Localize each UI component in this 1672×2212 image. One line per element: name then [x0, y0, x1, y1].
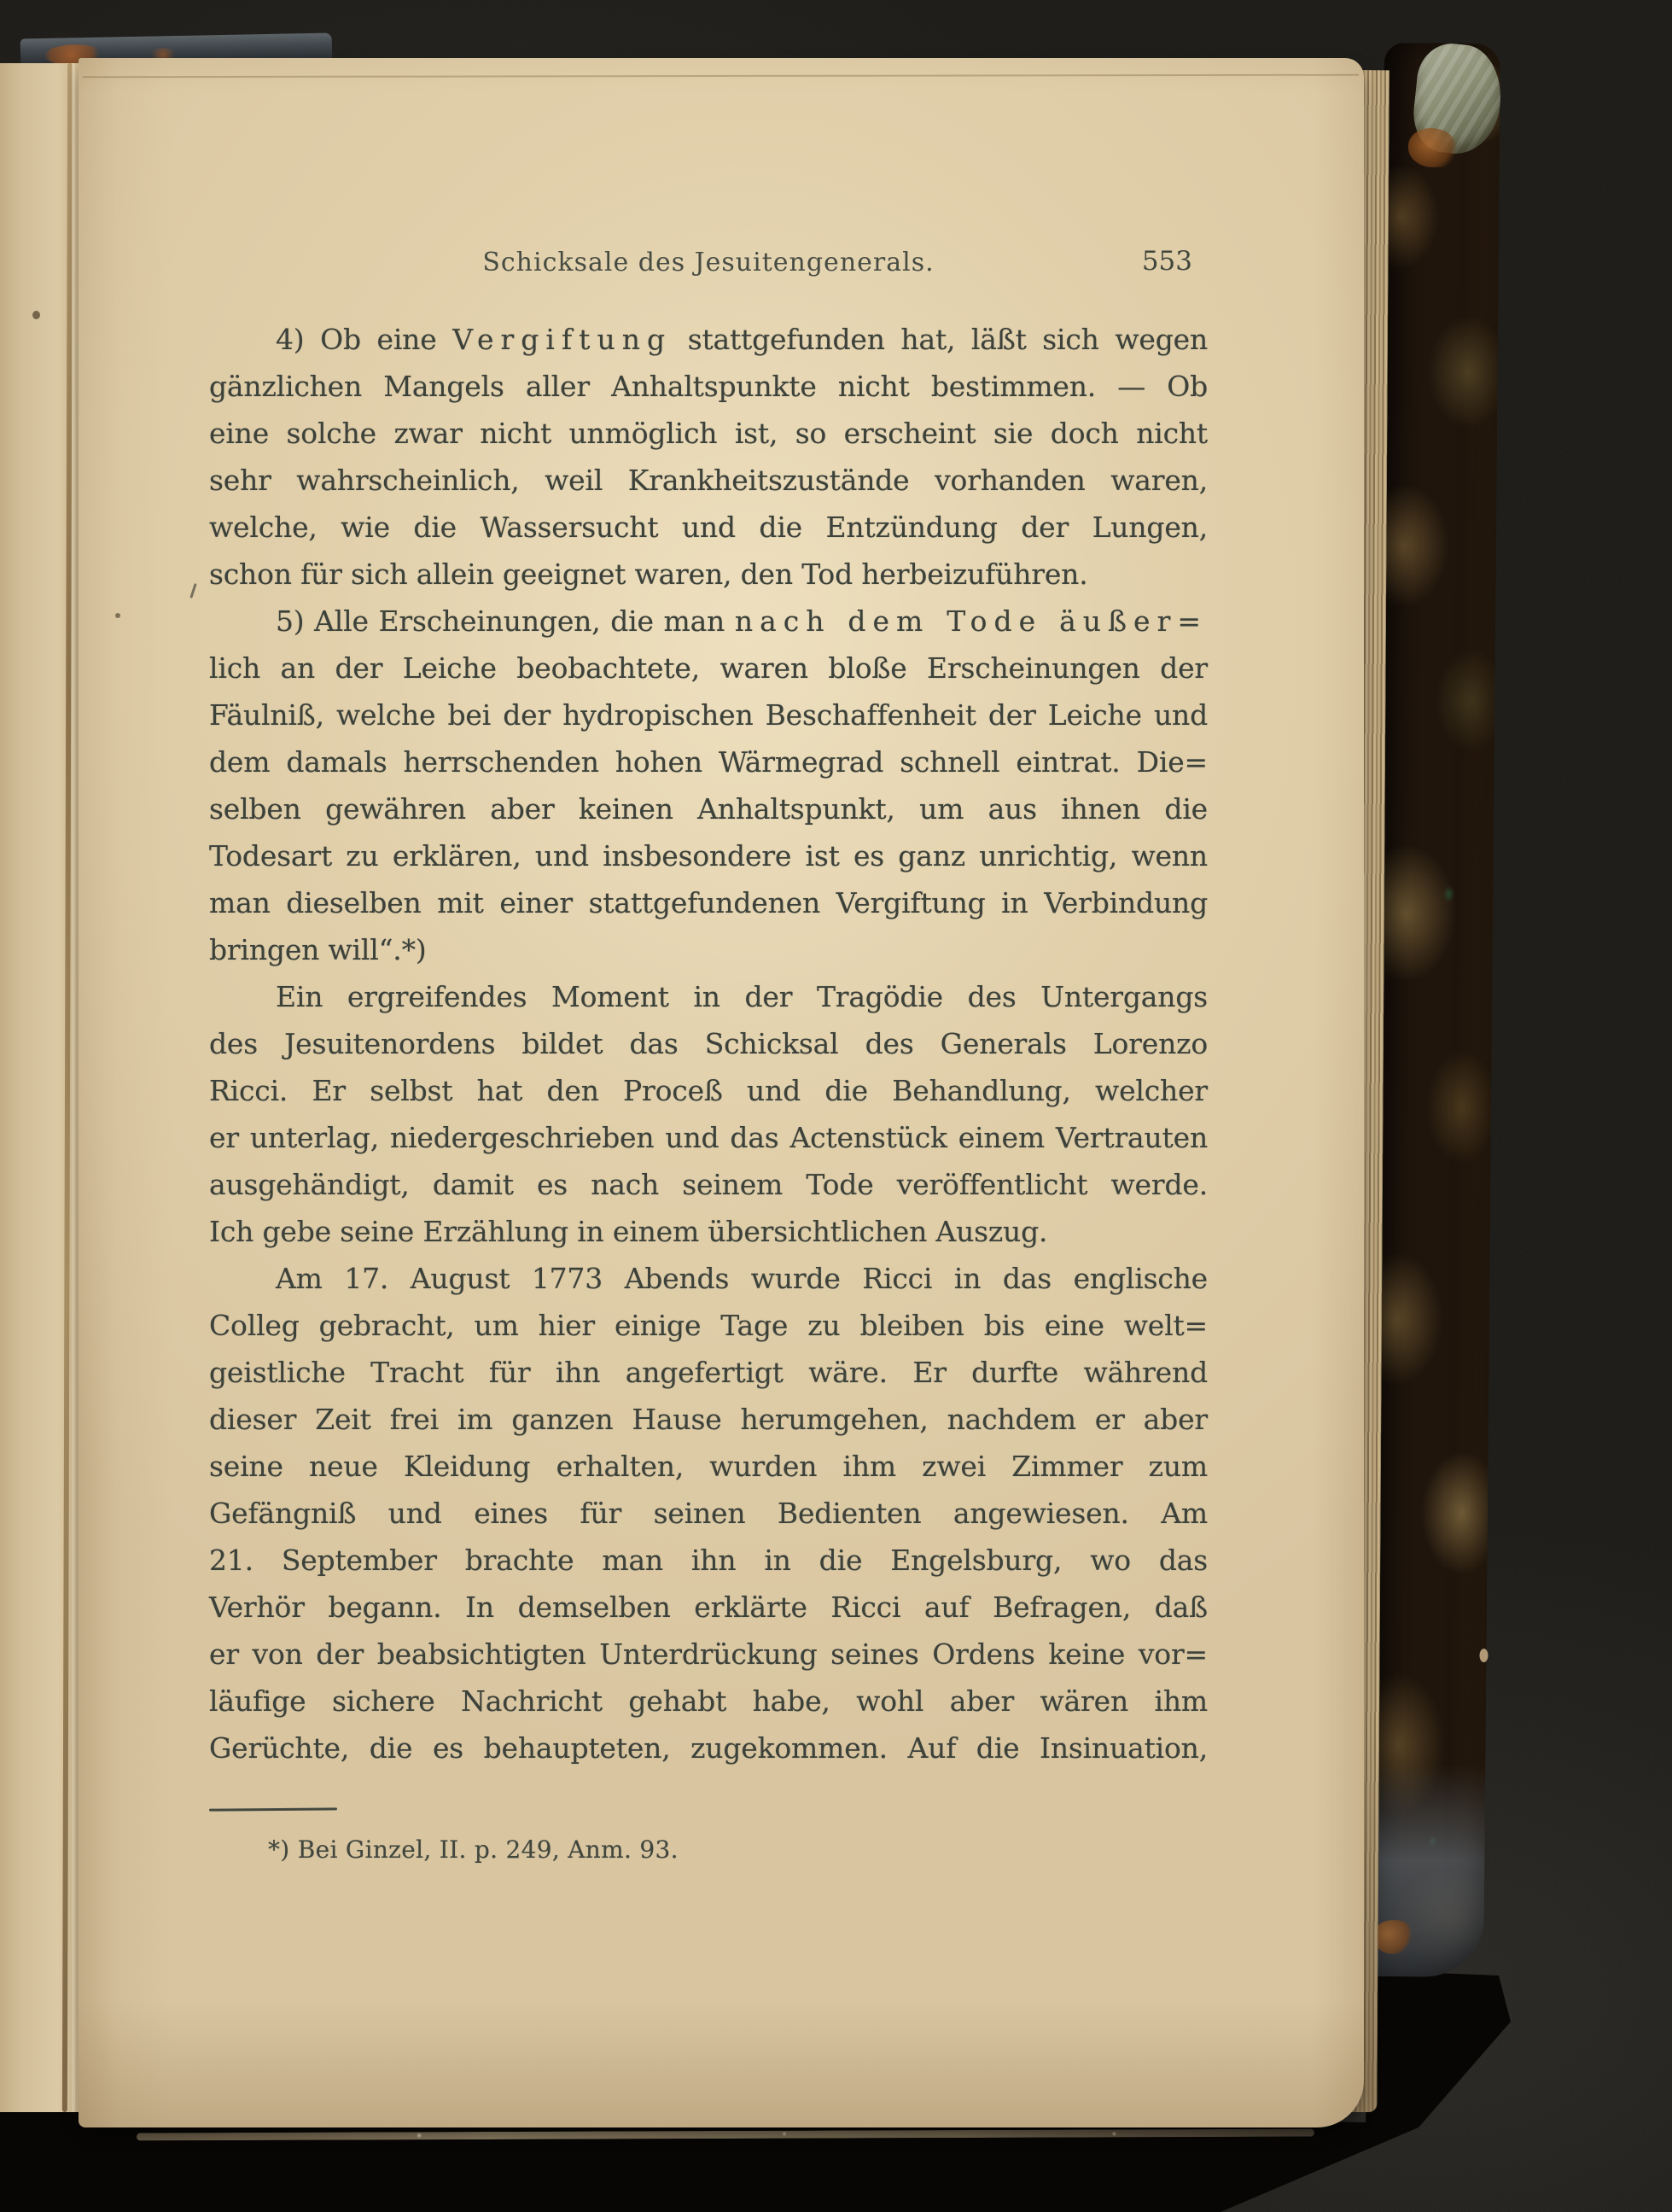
text-segment: Gefängniß und eines für seinen Bedienten…: [209, 1497, 1208, 1530]
text-segment: man dieselben mit einer stattgefundenen …: [209, 886, 1208, 919]
letterspaced-segment: Vergiftung: [452, 323, 672, 356]
text-line: welche, wie die Wassersucht und die Entz…: [209, 504, 1208, 551]
text-line: er von der beabsichtigten Unterdrückung …: [209, 1631, 1208, 1678]
text-line: schon für sich allein geeignet waren, de…: [209, 551, 1208, 598]
gutter-fold: [0, 63, 80, 2112]
text-line: geistliche Tracht für ihn angefertigt wä…: [209, 1349, 1208, 1396]
text-segment: 4) Ob eine: [276, 323, 452, 356]
book-page: Schicksale des Jesuitengenerals. 553 4) …: [79, 58, 1364, 2127]
text-segment: Ricci. Er selbst hat den Proceß und die …: [209, 1074, 1208, 1107]
text-line: eine solche zwar nicht unmöglich ist, so…: [209, 410, 1208, 457]
page-number: 553: [1142, 246, 1192, 277]
text-block: 4) Ob eine Vergiftung stattgefunden hat,…: [209, 316, 1208, 1771]
text-segment: läufige sichere Nachricht gehabt habe, w…: [209, 1684, 1208, 1718]
text-line: selben gewähren aber keinen Anhaltspunkt…: [209, 785, 1208, 832]
cover-damage-spot: [1372, 1920, 1412, 1954]
letterspaced-segment: nach dem Tode äußer=: [735, 604, 1208, 638]
text-line: 4) Ob eine Vergiftung stattgefunden hat,…: [209, 316, 1208, 363]
text-line: Fäulniß, welche bei der hydropischen Bes…: [209, 692, 1208, 738]
text-line: bringen will“.*): [209, 926, 1208, 973]
text-segment: eine solche zwar nicht unmöglich ist, so…: [209, 417, 1208, 450]
text-line: er unterlag, niedergeschrieben und das A…: [209, 1114, 1208, 1161]
text-line: sehr wahrscheinlich, weil Krankheitszust…: [209, 457, 1208, 504]
text-line: läufige sichere Nachricht gehabt habe, w…: [209, 1678, 1208, 1725]
paper-speck: [115, 613, 120, 618]
text-line: Ich gebe seine Erzählung in einem übersi…: [209, 1208, 1208, 1255]
footnote-text: *) Bei Ginzel, II. p. 249, Anm. 93.: [268, 1836, 679, 1864]
text-segment: des Jesuitenordens bildet das Schicksal …: [209, 1027, 1208, 1060]
text-segment: 5) Alle Erscheinungen, die man: [276, 604, 735, 638]
text-line: ausgehändigt, damit es nach seinem Tode …: [209, 1161, 1208, 1208]
text-segment: Ein ergreifendes Moment in der Tragödie …: [276, 980, 1208, 1013]
text-segment: Colleg gebracht, um hier einige Tage zu …: [209, 1309, 1208, 1342]
text-segment: sehr wahrscheinlich, weil Krankheitszust…: [209, 464, 1208, 497]
text-segment: er unterlag, niedergeschrieben und das A…: [209, 1121, 1208, 1154]
text-line: des Jesuitenordens bildet das Schicksal …: [209, 1020, 1208, 1067]
text-line: lich an der Leiche beobachtete, waren bl…: [209, 645, 1208, 692]
text-segment: dem damals herrschenden hohen Wärmegrad …: [209, 745, 1208, 779]
text-segment: gänzlichen Mangels aller Anhaltspunkte n…: [209, 370, 1208, 403]
headcap-rust-spot: [1408, 128, 1458, 167]
text-segment: stattgefunden hat, läßt sich wegen: [672, 323, 1208, 356]
scanned-book-photo: Schicksale des Jesuitengenerals. 553 4) …: [0, 0, 1672, 2212]
ink-smudge: [189, 583, 196, 598]
text-line: Gerüchte, die es behaupteten, zugekommen…: [209, 1725, 1208, 1771]
text-line: seine neue Kleidung erhalten, wurden ihm…: [209, 1443, 1208, 1490]
text-line: Am 17. August 1773 Abends wurde Ricci in…: [209, 1255, 1208, 1302]
text-segment: lich an der Leiche beobachtete, waren bl…: [209, 651, 1208, 685]
text-line: Gefängniß und eines für seinen Bedienten…: [209, 1490, 1208, 1537]
text-segment: selben gewähren aber keinen Anhaltspunkt…: [209, 792, 1208, 826]
text-line: Ein ergreifendes Moment in der Tragödie …: [209, 973, 1208, 1020]
text-segment: ausgehändigt, damit es nach seinem Tode …: [209, 1168, 1208, 1201]
text-line: 21. September brachte man ihn in die Eng…: [209, 1537, 1208, 1584]
gutter-highlight: [72, 63, 75, 2112]
paper-speck: [32, 311, 40, 319]
text-segment: 21. September brachte man ihn in die Eng…: [209, 1544, 1208, 1577]
text-segment: Todesart zu erklären, und insbesondere i…: [209, 839, 1208, 873]
text-line: Todesart zu erklären, und insbesondere i…: [209, 832, 1208, 879]
text-segment: schon für sich allein geeignet waren, de…: [209, 557, 1088, 591]
text-segment: Am 17. August 1773 Abends wurde Ricci in…: [276, 1262, 1208, 1295]
running-header-title: Schicksale des Jesuitengenerals.: [209, 248, 1208, 277]
text-line: Verhör begann. In demselben erklärte Ric…: [209, 1584, 1208, 1631]
text-segment: seine neue Kleidung erhalten, wurden ihm…: [209, 1450, 1208, 1483]
text-segment: Fäulniß, welche bei der hydropischen Bes…: [209, 698, 1208, 732]
text-segment: geistliche Tracht für ihn angefertigt wä…: [209, 1356, 1208, 1389]
text-line: Ricci. Er selbst hat den Proceß und die …: [209, 1067, 1208, 1114]
text-line: dem damals herrschenden hohen Wärmegrad …: [209, 738, 1208, 785]
text-segment: Gerüchte, die es behaupteten, zugekommen…: [209, 1731, 1208, 1765]
footnote-rule: [209, 1807, 337, 1811]
text-segment: welche, wie die Wassersucht und die Entz…: [209, 511, 1208, 544]
text-segment: Verhör begann. In demselben erklärte Ric…: [209, 1590, 1208, 1624]
text-line: man dieselben mit einer stattgefundenen …: [209, 879, 1208, 926]
cover-edge-chip: [1479, 1649, 1488, 1662]
text-segment: dieser Zeit frei im ganzen Hause herumge…: [209, 1403, 1208, 1436]
page-under-edge-line: [83, 74, 1359, 79]
text-segment: er von der beabsichtigten Unterdrückung …: [209, 1637, 1208, 1671]
text-line: 5) Alle Erscheinungen, die man nach dem …: [209, 598, 1208, 645]
text-line: Colleg gebracht, um hier einige Tage zu …: [209, 1302, 1208, 1349]
running-header: Schicksale des Jesuitengenerals. 553: [209, 248, 1208, 283]
text-segment: Ich gebe seine Erzählung in einem übersi…: [209, 1215, 1047, 1248]
text-line: gänzlichen Mangels aller Anhaltspunkte n…: [209, 363, 1208, 410]
text-line: dieser Zeit frei im ganzen Hause herumge…: [209, 1396, 1208, 1443]
text-segment: bringen will“.*): [209, 933, 427, 966]
